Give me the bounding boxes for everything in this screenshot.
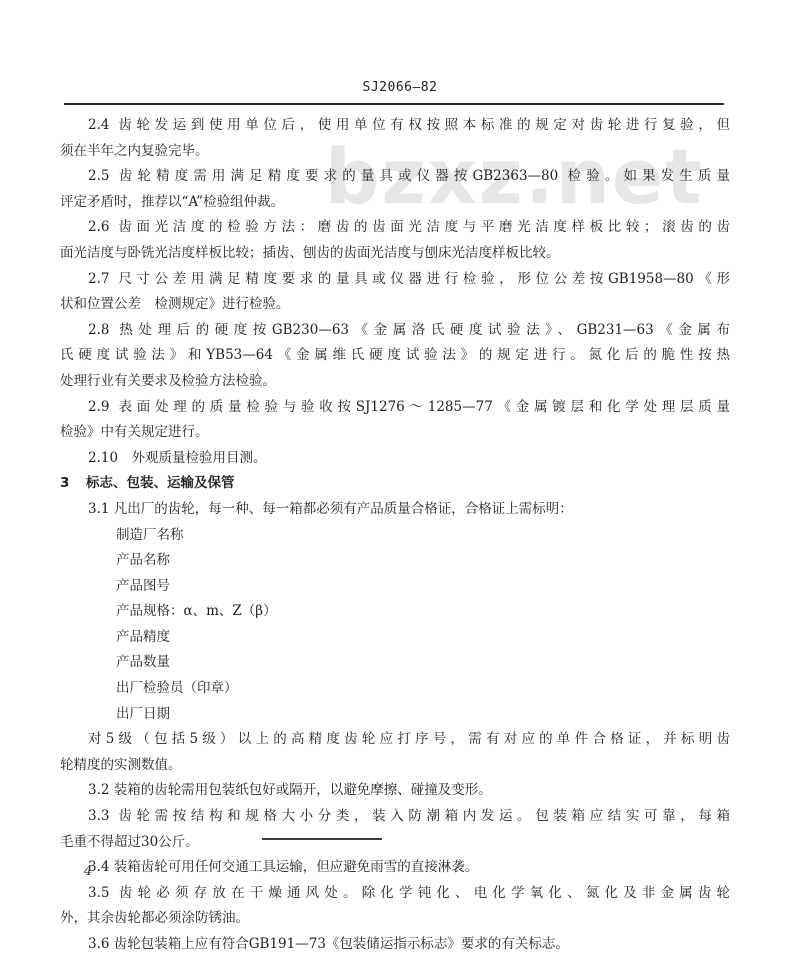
certificate-item: 产品规格：α、m、Z（β）: [60, 599, 730, 625]
clause-2-6-line2: 面光洁度与卧铣光洁度样板比较；插齿、刨齿的齿面光洁度与刨床光洁度样板比较。: [60, 241, 730, 267]
clause-3-3-line1: 3.3 齿轮需按结构和规格大小分类，装入防潮箱内发运。包装箱应结实可靠，每箱: [60, 804, 730, 830]
clause-2-5-line1: 2.5 齿轮精度需用满足精度要求的量具或仪器按GB2363—80 检验。如果发生…: [60, 164, 730, 190]
clause-2-8-line1: 2.8 热处理后的硬度按GB230—63《金属洛氏硬度试验法》、GB231—63…: [60, 318, 730, 344]
clause-3-5-line1: 3.5 齿轮必须存放在干燥通风处。除化学钝化、电化学氧化、氮化及非金属齿轮: [60, 881, 730, 907]
clause-3-3-line2: 毛重不得超过30公斤。: [60, 830, 730, 856]
clause-2-9-line1: 2.9 表面处理的质量检验与验收按SJ1276～1285—77《金属镀层和化学处…: [60, 395, 730, 421]
certificate-item: 制造厂名称: [60, 523, 730, 549]
section-3-title: 标志、包装、运输及保管: [86, 475, 235, 491]
clause-3-4: 3.4 装箱齿轮可用任何交通工具运输，但应避免雨雪的直接淋袭。: [60, 855, 730, 881]
certificate-item: 产品图号: [60, 574, 730, 600]
clause-2-9-line2: 检验》中有关规定进行。: [60, 420, 730, 446]
clause-2-8-line3: 处理行业有关要求及检验方法检验。: [60, 369, 730, 395]
section-3-number: 3: [60, 471, 86, 497]
clause-3-6: 3.6 齿轮包装箱上应有符合GB191—73《包装储运指示标志》要求的有关标志。: [60, 932, 730, 958]
clause-3-2: 3.2 装箱的齿轮需用包装纸包好或隔开，以避免摩擦、碰撞及变形。: [60, 778, 730, 804]
clause-2-7-line1: 2.7 尺寸公差用满足精度要求的量具或仪器进行检验，形位公差按GB1958—80…: [60, 267, 730, 293]
document-body: 2.4 齿轮发运到使用单位后，使用单位有权按照本标准的规定对齿轮进行复验，但 须…: [60, 113, 730, 958]
clause-2-4-line2: 须在半年之内复验完毕。: [60, 139, 730, 165]
clause-3-1-note-line2: 轮精度的实测数值。: [60, 753, 730, 779]
certificate-item: 产品精度: [60, 625, 730, 651]
clause-2-6-line1: 2.6 齿面光洁度的检验方法：磨齿的齿面光洁度与平磨光洁度样板比较；滚齿的齿: [60, 215, 730, 241]
certificate-item: 出厂日期: [60, 702, 730, 728]
clause-2-7-line2: 状和位置公差 检测规定》进行检验。: [60, 292, 730, 318]
document-code-header: SJ2066—82: [0, 80, 800, 95]
certificate-item: 产品名称: [60, 548, 730, 574]
clause-3-5-line2: 外，其余齿轮都必须涂防锈油。: [60, 906, 730, 932]
clause-2-8-line2: 氏硬度试验法》和YB53—64《金属维氏硬度试验法》的规定进行。氮化后的脆性按热: [60, 343, 730, 369]
clause-2-4-line1: 2.4 齿轮发运到使用单位后，使用单位有权按照本标准的规定对齿轮进行复验，但: [60, 113, 730, 139]
section-3-heading: 3标志、包装、运输及保管: [60, 471, 730, 497]
header-rule: [64, 103, 724, 105]
clause-3-1-note-line1: 对5级（包括5级）以上的高精度齿轮应打序号，需有对应的单件合格证，并标明齿: [60, 727, 730, 753]
clause-2-10: 2.10 外观质量检验用目测。: [60, 446, 730, 472]
clause-3-1-line1: 3.1 凡出厂的齿轮，每一种、每一箱都必须有产品质量合格证，合格证上需标明：: [60, 497, 730, 523]
certificate-item: 产品数量: [60, 650, 730, 676]
certificate-item: 出厂检验员（印章）: [60, 676, 730, 702]
clause-2-5-line2: 评定矛盾时，推荐以“A”检验组仲裁。: [60, 190, 730, 216]
